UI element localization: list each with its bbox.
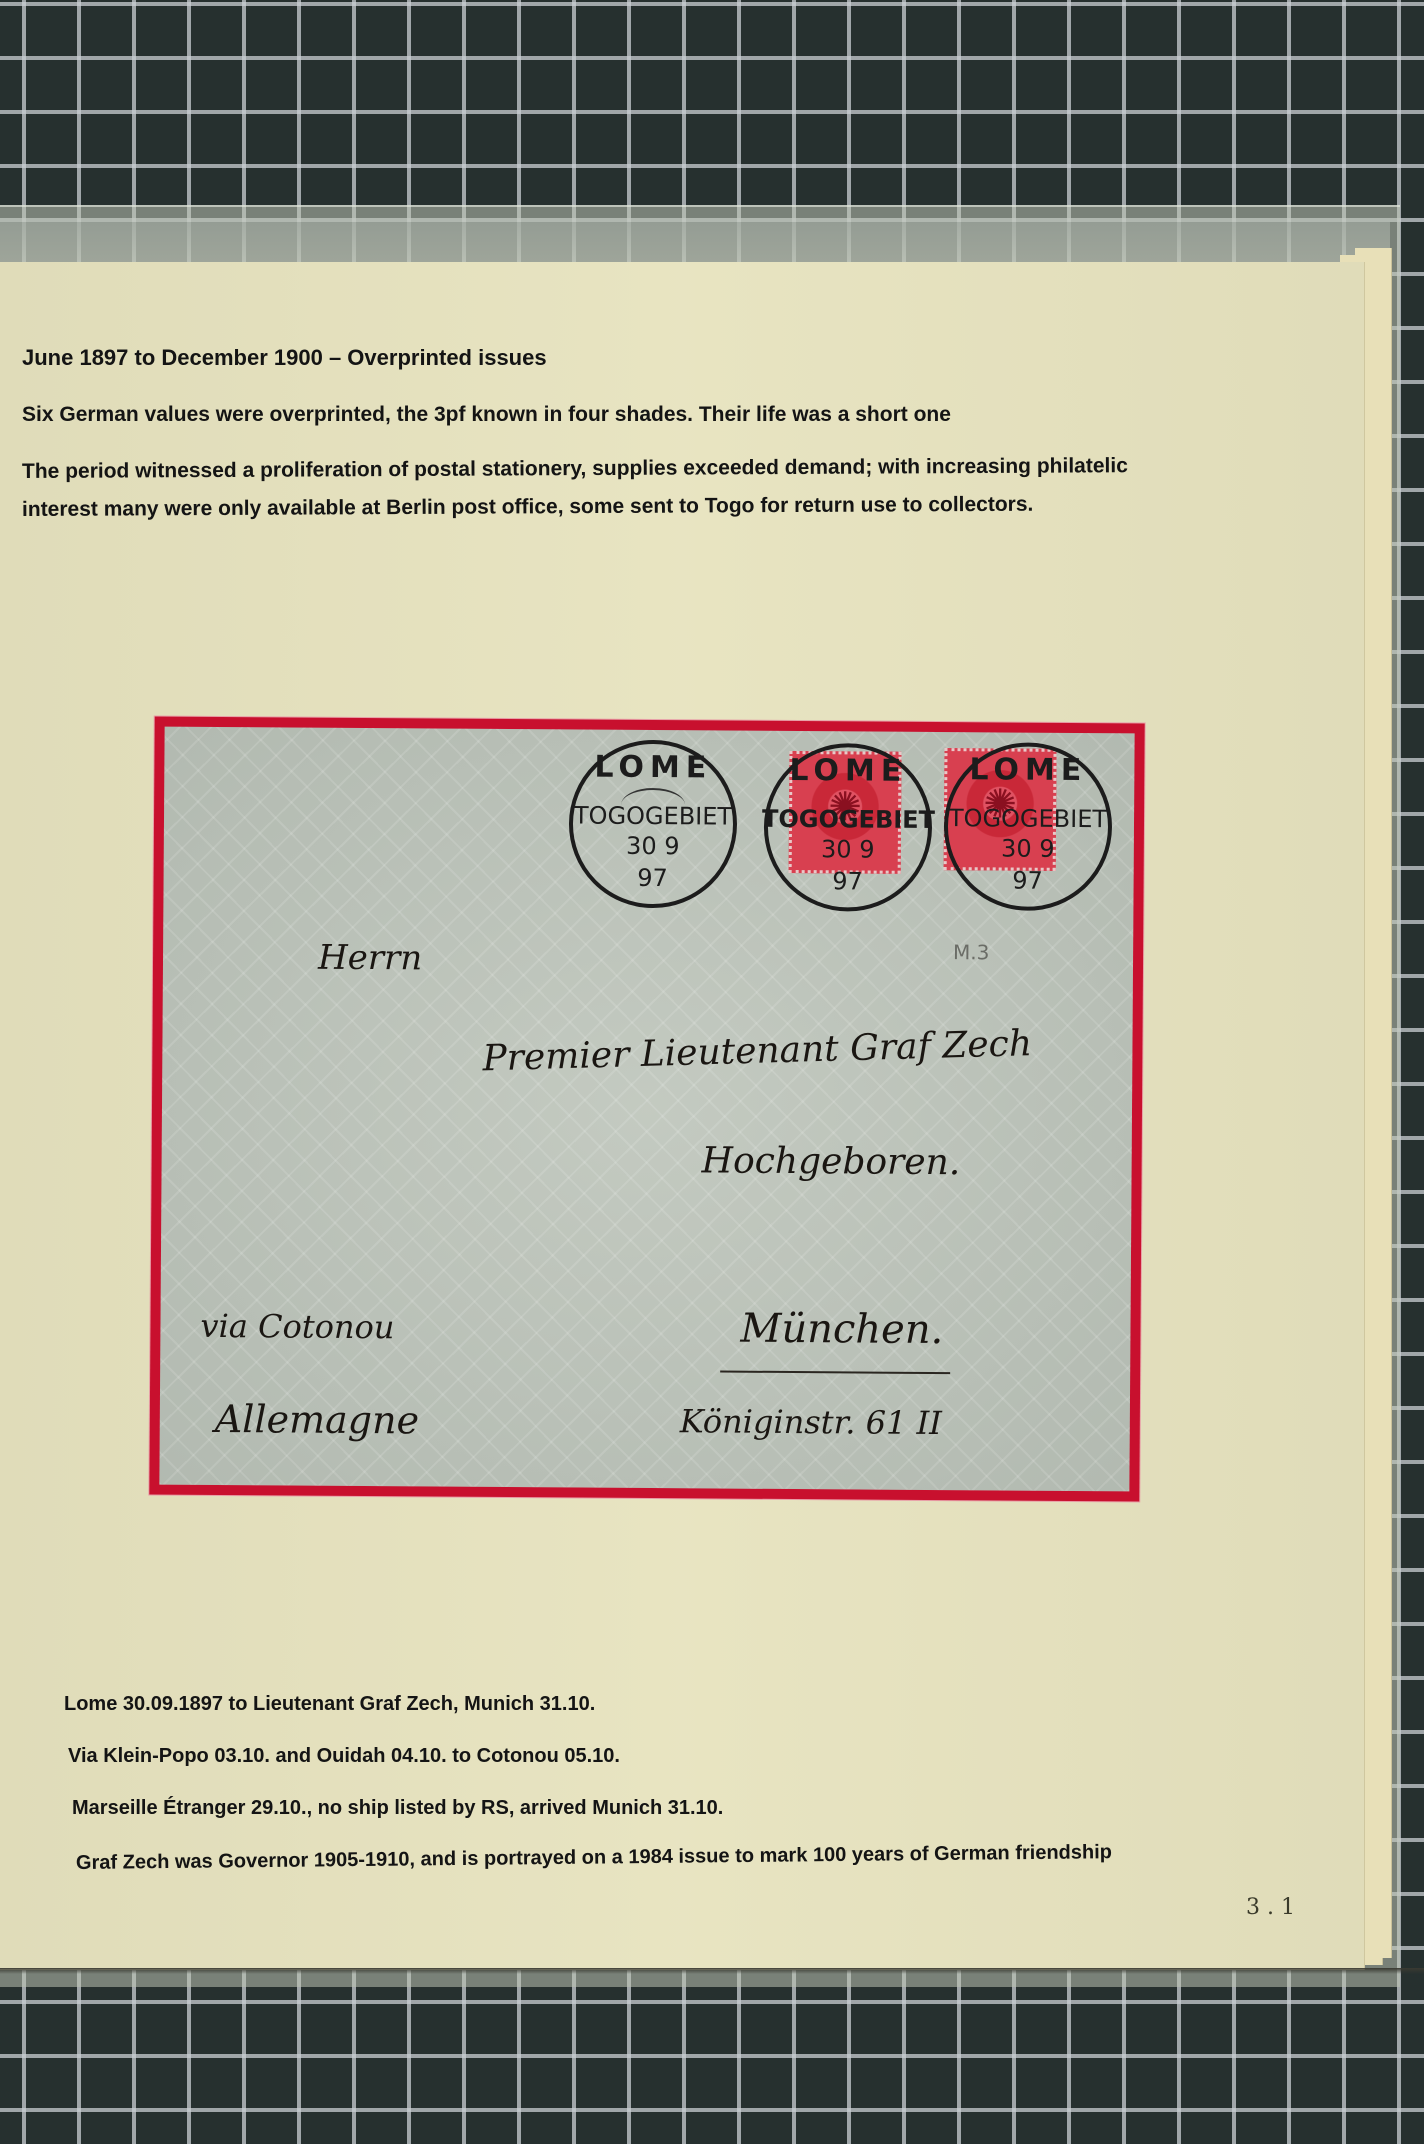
cover-mount: ✺ ✺ LOME TOGOGEBIET 30 9 97 LOME TOGOGEB… [149,717,1144,1502]
routing-country: Allemagne [215,1397,420,1442]
envelope-cover: ✺ ✺ LOME TOGOGEBIET 30 9 97 LOME TOGOGEB… [159,727,1134,1492]
caption-line: Lome 30.09.1897 to Lieutenant Graf Zech,… [64,1693,595,1716]
pencil-note: M.3 [953,940,990,964]
postmark-lome: LOME TOGOGEBIET 30 9 97 [763,743,932,912]
address-city: München. [740,1306,943,1353]
postmark-lome: LOME TOGOGEBIET 30 9 97 [943,742,1112,911]
page-number: 3 . 1 [1246,1895,1295,1920]
routing-instruction: via Cotonou [200,1307,394,1346]
city-underline [720,1371,950,1375]
postmark-lome: LOME TOGOGEBIET 30 9 97 [568,739,737,908]
address-honorific: Hochgeboren. [701,1140,960,1183]
page-heading: June 1897 to December 1900 – Overprinted… [22,345,547,371]
caption-line: Via Klein-Popo 03.10. and Ouidah 04.10. … [68,1745,620,1768]
address-salutation: Herrn [318,938,422,979]
page-bottom-edge [0,1968,1424,1974]
address-recipient: Premier Lieutenant Graf Zech [482,1023,1033,1079]
address-street: Königinstr. 61 II [680,1402,942,1442]
intro-line: Six German values were overprinted, the … [22,403,951,427]
caption-line: Marseille Étranger 29.10., no ship liste… [72,1797,723,1820]
